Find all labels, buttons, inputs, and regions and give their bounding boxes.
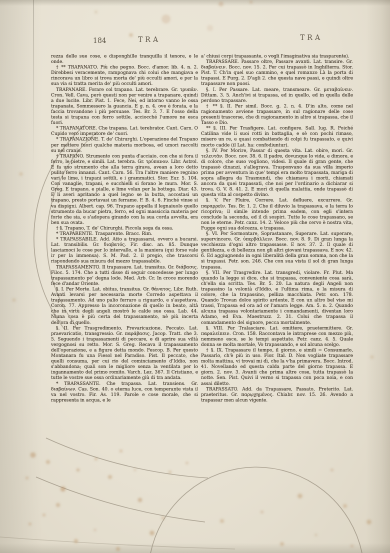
dictionary-paragraph: TRAPANARE. Forare col trapano. Lat. tere… (51, 87, 198, 126)
page-edge-crease (33, 0, 34, 170)
dictionary-paragraph: † §. IX. Trapassare il tempo, il giorno,… (201, 348, 353, 387)
dictionary-paragraph: TRAPASSARE. Passare oltre, Passare avant… (201, 60, 353, 88)
page-number: 184 (93, 37, 106, 45)
dictionary-paragraph: * TRAPASSABILE. Add. Atto a trapassarsi,… (51, 237, 198, 265)
dictionary-paragraph: §. II. Per Trasgredimento, Prevaricazion… (51, 326, 198, 381)
dictionary-paragraph: §. I. Per Morte. Lat. obitus, transitus.… (51, 287, 198, 326)
dictionary-paragraph: TRAPASSATO. Add. da Trapassare, Passato,… (201, 387, 353, 404)
dictionary-paragraph: §. V. Per Fluire, Correre. Lat. defluere… (201, 198, 353, 231)
dictionary-paragraph: TRAPASSAMENTO. Il trapassare. Lat. trans… (51, 265, 198, 287)
dictionary-paragraph: † ** TRAPANATO. Più che pegno. Bocc. d'a… (51, 65, 198, 87)
text-column-left-content: rezza delle sue cose, e disponghille tra… (51, 54, 198, 403)
dictionary-paragraph: §. IV. Per Morire, Passar di questa vita… (201, 148, 353, 198)
dictionary-paragraph: * TRAPANATORE. Che trapana. Lat. terebra… (51, 126, 198, 137)
dictionary-paragraph: §. I. Per Passare. Lat. meare, transmear… (201, 87, 353, 104)
dictionary-paragraph: ** §. III. Per Trasfigere. Lat. configer… (201, 126, 353, 148)
running-head-right: TRA (300, 34, 323, 42)
dictionary-paragraph: * TRAPANAZIONE. T. de' Chirurghi. L'oper… (51, 137, 198, 154)
dictionary-paragraph: † ** §. II. Per simil. Bocc. g. 2. n. 4.… (201, 104, 353, 126)
dictionary-paragraph: §. VIII. Per Tralasciare. Lat. omittere,… (201, 326, 353, 348)
dictionary-paragraph: §. VI. Per Sormontare, Soprastanare, Sup… (201, 232, 353, 271)
dictionary-paragraph: rezza delle sue cose, e disponghille tra… (51, 54, 198, 65)
text-column-right: a' chiusi corpi trapassante, o vogli l'i… (201, 54, 353, 446)
text-column-right-content: a' chiusi corpi trapassante, o vogli l'i… (201, 54, 353, 403)
dictionary-paragraph: §. VII. Per Trasgredire. Lat. transgredi… (201, 270, 353, 325)
text-column-left: rezza delle sue cose, e disponghille tra… (51, 54, 198, 446)
dictionary-paragraph: † TRAPANO. Strumento con punta d'acciaio… (51, 154, 198, 226)
dictionary-paragraph: * TRAPASSANTE. Che trapassa. Lat. transi… (51, 381, 198, 403)
scanned-page: 184 TRA TRA rezza delle sue cose, e disp… (0, 0, 390, 553)
running-head-left: TRA (138, 36, 161, 44)
